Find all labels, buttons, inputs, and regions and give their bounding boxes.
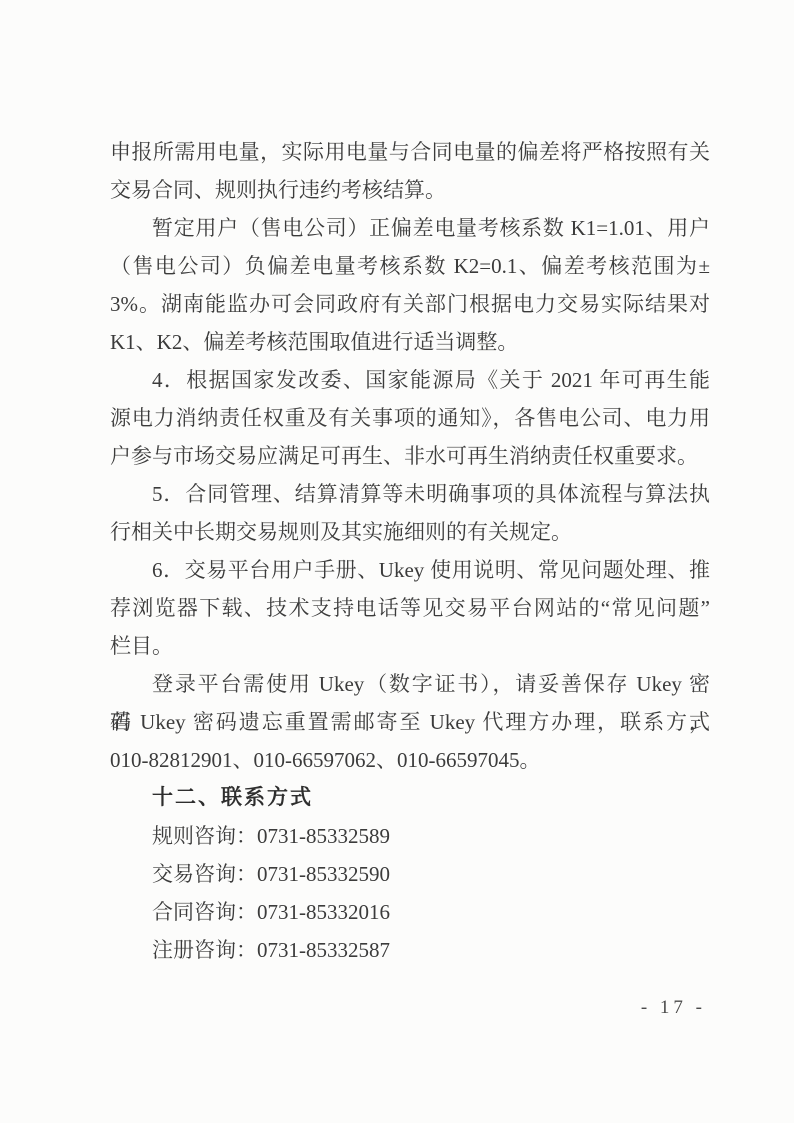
text-line: 若 Ukey 密码遗忘重置需邮寄至 Ukey 代理方办理，联系方式 xyxy=(110,703,710,741)
text-line: （售电公司）负偏差电量考核系数 K2=0.1、偏差考核范围为± xyxy=(110,247,710,285)
text-line: 交易合同、规则执行违约考核结算。 xyxy=(110,171,710,209)
text-line: 暂定用户（售电公司）正偏差电量考核系数 K1=1.01、用户 xyxy=(110,209,710,247)
document-page: 申报所需用电量，实际用电量与合同电量的偏差将严格按照有关交易合同、规则执行违约考… xyxy=(0,0,794,1123)
text-line: 4．根据国家发改委、国家能源局《关于 2021 年可再生能 xyxy=(110,361,710,399)
text-line: 交易咨询：0731-85332590 xyxy=(110,855,710,893)
text-line: 申报所需用电量，实际用电量与合同电量的偏差将严格按照有关 xyxy=(110,133,710,171)
text-line: 栏目。 xyxy=(110,627,710,665)
text-line: 规则咨询：0731-85332589 xyxy=(110,817,710,855)
text-line: 3%。湖南能监办可会同政府有关部门根据电力交易实际结果对 xyxy=(110,285,710,323)
text-line: 6．交易平台用户手册、Ukey 使用说明、常见问题处理、推 xyxy=(110,551,710,589)
section-heading: 十二、联系方式 xyxy=(110,779,710,817)
text-line: 荐浏览器下载、技术支持电话等见交易平台网站的“常见问题” xyxy=(110,589,710,627)
document-body: 申报所需用电量，实际用电量与合同电量的偏差将严格按照有关交易合同、规则执行违约考… xyxy=(110,133,710,969)
text-line: 010-82812901、010-66597062、010-66597045。 xyxy=(110,741,710,779)
text-line: K1、K2、偏差考核范围取值进行适当调整。 xyxy=(110,323,710,361)
page-number: - 17 - xyxy=(641,997,706,1019)
text-line: 源电力消纳责任权重及有关事项的通知》，各售电公司、电力用 xyxy=(110,399,710,437)
text-line: 注册咨询：0731-85332587 xyxy=(110,931,710,969)
text-line: 合同咨询：0731-85332016 xyxy=(110,893,710,931)
text-line: 登录平台需使用 Ukey（数字证书），请妥善保存 Ukey 密码， xyxy=(110,665,710,703)
text-line: 户参与市场交易应满足可再生、非水可再生消纳责任权重要求。 xyxy=(110,437,710,475)
text-line: 5．合同管理、结算清算等未明确事项的具体流程与算法执 xyxy=(110,475,710,513)
text-line: 行相关中长期交易规则及其实施细则的有关规定。 xyxy=(110,513,710,551)
